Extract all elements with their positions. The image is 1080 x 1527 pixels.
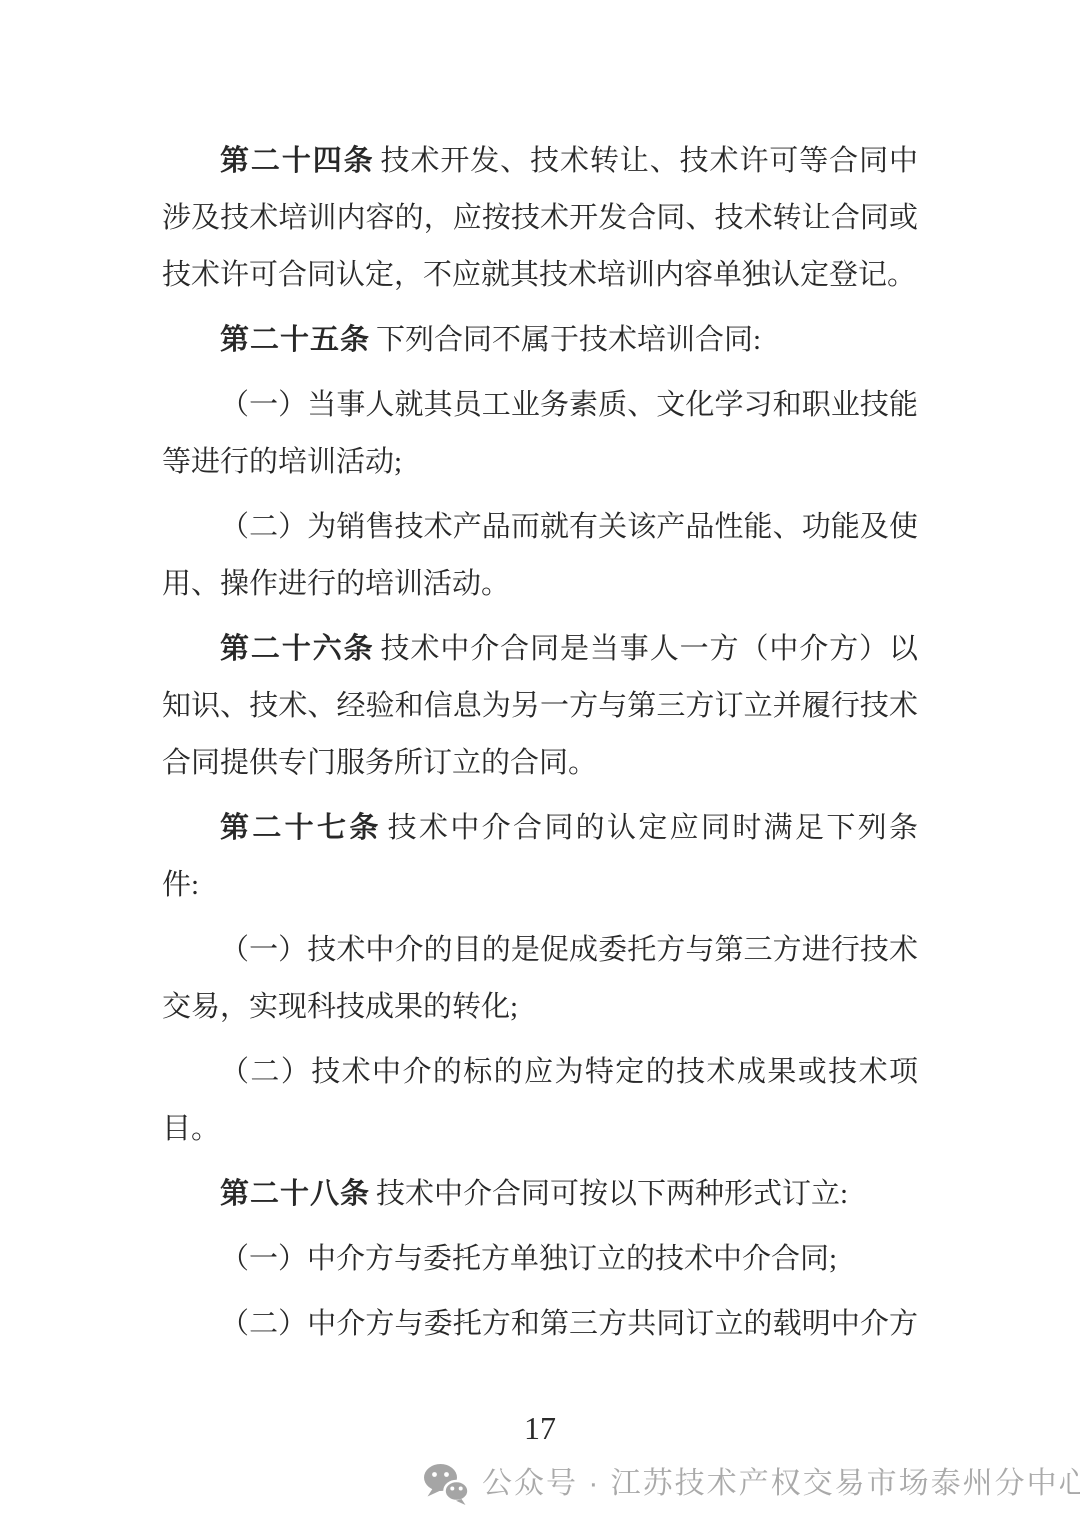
document-paragraph: （二）技术中介的标的应为特定的技术成果或技术项目。 — [162, 1044, 918, 1158]
document-line: 交易，实现科技成果的转化; — [162, 979, 918, 1036]
document-line: 第二十八条技术中介合同可按以下两种形式订立: — [162, 1166, 918, 1223]
document-line: （二）为销售技术产品而就有关该产品性能、功能及使 — [162, 499, 918, 556]
watermark-text: 公众号 · 江苏技术产权交易市场泰州分中心 — [482, 1463, 1080, 1505]
document-line: 用、操作进行的培训活动。 — [162, 556, 918, 613]
document-line: 目。 — [162, 1101, 918, 1158]
wechat-watermark: 公众号 · 江苏技术产权交易市场泰州分中心 — [423, 1463, 1080, 1505]
document-paragraph: （一）中介方与委托方单独订立的技术中介合同; — [162, 1231, 918, 1288]
document-paragraph: 第二十四条技术开发、技术转让、技术许可等合同中涉及技术培训内容的，应按技术开发合… — [162, 133, 918, 304]
document-paragraph: 第二十七条技术中介合同的认定应同时满足下列条件: — [162, 800, 918, 914]
page-number: 17 — [0, 1408, 1080, 1448]
document-line: （二）技术中介的标的应为特定的技术成果或技术项 — [162, 1044, 918, 1101]
document-line: （一）技术中介的目的是促成委托方与第三方进行技术 — [162, 922, 918, 979]
document-line: 技术许可合同认定，不应就其技术培训内容单独认定登记。 — [162, 247, 918, 304]
document-paragraph: （二）为销售技术产品而就有关该产品性能、功能及使用、操作进行的培训活动。 — [162, 499, 918, 613]
article-number: 第二十七条 — [220, 812, 382, 844]
document-line: 合同提供专门服务所订立的合同。 — [162, 735, 918, 792]
document-paragraph: （一）当事人就其员工业务素质、文化学习和职业技能等进行的培训活动; — [162, 377, 918, 491]
article-number: 第二十八条 — [220, 1178, 370, 1210]
document-line: （一）当事人就其员工业务素质、文化学习和职业技能 — [162, 377, 918, 434]
document-line: 件: — [162, 857, 918, 914]
document-body: 第二十四条技术开发、技术转让、技术许可等合同中涉及技术培训内容的，应按技术开发合… — [162, 133, 918, 1361]
document-paragraph: （一）技术中介的目的是促成委托方与第三方进行技术交易，实现科技成果的转化; — [162, 922, 918, 1036]
article-number: 第二十五条 — [220, 324, 370, 356]
wechat-icon — [423, 1463, 469, 1505]
document-line: 第二十六条技术中介合同是当事人一方（中介方）以 — [162, 621, 918, 678]
document-line: （一）中介方与委托方单独订立的技术中介合同; — [162, 1231, 918, 1288]
document-line: 第二十七条技术中介合同的认定应同时满足下列条 — [162, 800, 918, 857]
document-page: 第二十四条技术开发、技术转让、技术许可等合同中涉及技术培训内容的，应按技术开发合… — [0, 0, 1080, 1527]
document-paragraph: 第二十六条技术中介合同是当事人一方（中介方）以知识、技术、经验和信息为另一方与第… — [162, 621, 918, 792]
article-number: 第二十六条 — [220, 633, 375, 665]
document-line: （二）中介方与委托方和第三方共同订立的载明中介方 — [162, 1296, 918, 1353]
document-line: 等进行的培训活动; — [162, 434, 918, 491]
document-paragraph: 第二十八条技术中介合同可按以下两种形式订立: — [162, 1166, 918, 1223]
document-paragraph: （二）中介方与委托方和第三方共同订立的载明中介方 — [162, 1296, 918, 1353]
document-line: 涉及技术培训内容的，应按技术开发合同、技术转让合同或 — [162, 190, 918, 247]
document-line: 知识、技术、经验和信息为另一方与第三方订立并履行技术 — [162, 678, 918, 735]
document-line: 第二十五条下列合同不属于技术培训合同: — [162, 312, 918, 369]
article-number: 第二十四条 — [220, 145, 375, 177]
document-paragraph: 第二十五条下列合同不属于技术培训合同: — [162, 312, 918, 369]
document-line: 第二十四条技术开发、技术转让、技术许可等合同中 — [162, 133, 918, 190]
